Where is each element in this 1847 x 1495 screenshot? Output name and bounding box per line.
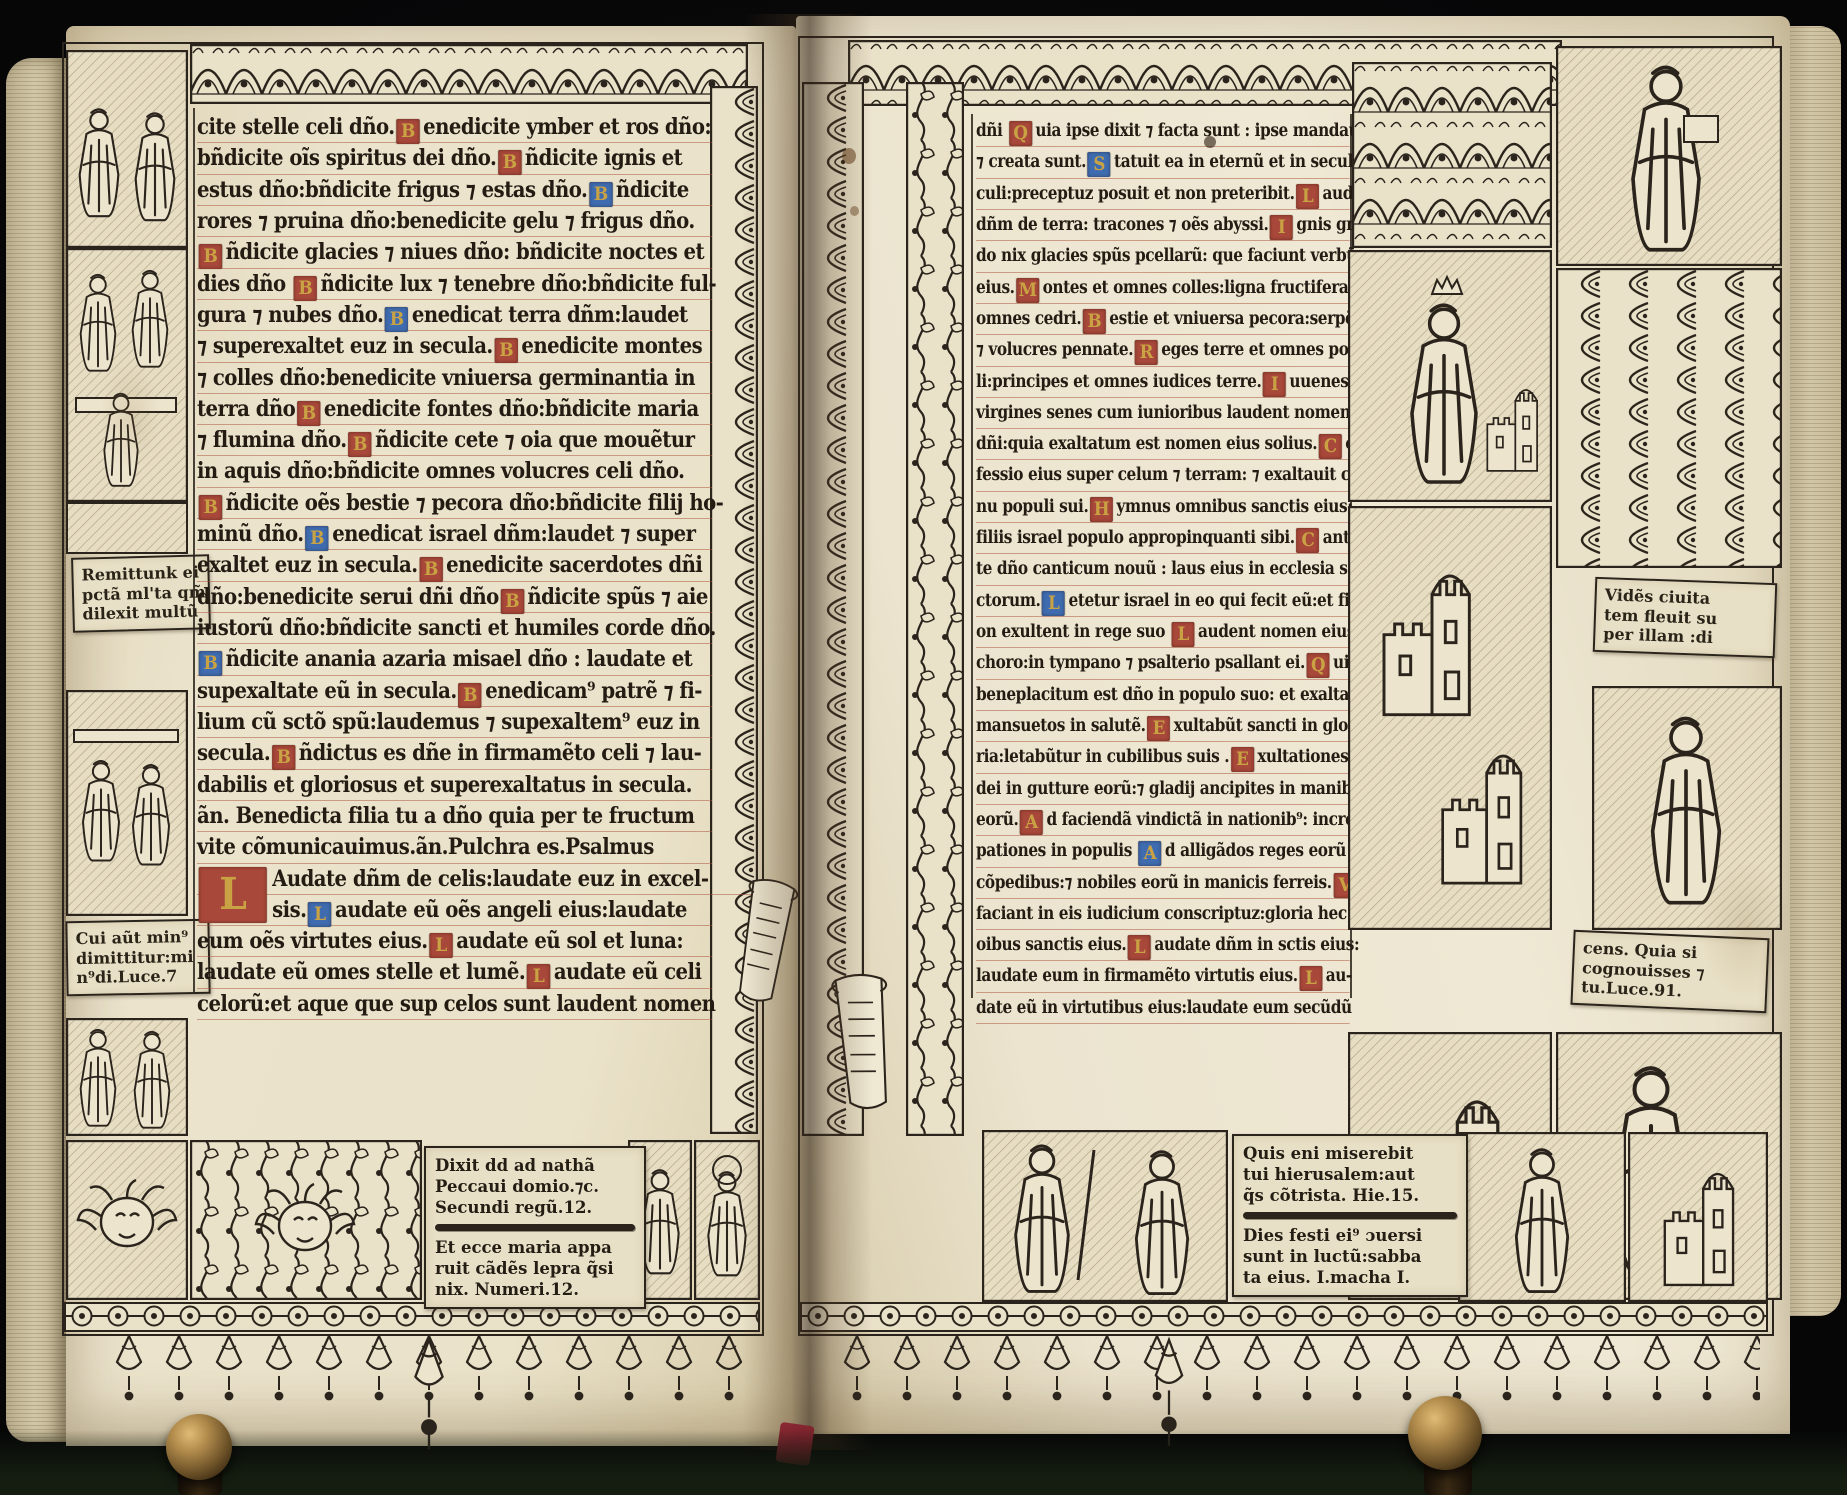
text-line: nu populi sui.Hymnus omnibus sanctis eiu… [976,492,1350,523]
text-line: estus dño:bñdicite frigus ⁊ estas dño.Bñ… [197,175,712,206]
cartouche-machabees: Dies festi ei⁹ ɔuersisunt in luctũ:sabba… [1243,1225,1457,1288]
text-line: virgines senes cum iunioribus laudent no… [976,398,1350,429]
text-line: cite stelle celi dño.Benedicite ymber et… [197,112,712,143]
text-line: omnes cedri.Bestie et vniuersa pecora:se… [976,304,1350,335]
text-line: ⁊ colles dño:benedicite vniuersa germina… [197,363,712,394]
text-line: Dies festi ei⁹ ɔuersi [1243,1225,1457,1246]
text-line: Cui aũt min⁹ [75,927,199,949]
cartouche-divider [1243,1212,1457,1219]
right-border-foliate-panel-icon [1352,62,1552,248]
illuminated-initial: B [272,745,295,770]
right-border-panel-lady-icon [1592,686,1782,930]
photograph-of-open-book: Remittunk eipctã ml'ta qm̃dilexit multũ … [0,0,1847,1495]
left-rosette-band-icon [64,1302,760,1332]
right-fringe-pendants-icon [832,1334,1760,1406]
text-line: dñm de terra: tracones ⁊ oẽs abyssi.Igni… [976,210,1350,241]
illuminated-initial: C [1296,528,1319,553]
left-margin-note-1: Remittunk eipctã ml'ta qm̃dilexit multũ [71,554,211,632]
text-line: dabilis et gloriosus et superexaltatus i… [197,770,712,801]
illuminated-initial: B [419,557,442,582]
illuminated-initial: B [199,244,222,269]
margin-note-text: Remittunk eipctã ml'ta qm̃dilexit multũ [81,562,200,624]
text-line: in aquis dño:bñdicite omnes volucres cel… [197,456,712,487]
illuminated-initial: B [495,338,518,363]
cartouche-divider [435,1224,635,1231]
illuminated-initial: B [458,683,481,708]
margin-note-text: Vidẽs ciuitatem fleuit super illam :di [1603,585,1767,649]
text-line: vite cõmunicauimus.ãn.Pulchra es.Psalmus [197,832,712,863]
stand-foot-ball-left [166,1414,232,1480]
illuminated-initial: B [498,150,521,175]
text-line: Bñdicite anania azaria misael dño : laud… [197,644,712,675]
text-line: Secundi regũ.12. [435,1197,635,1218]
text-line: dilexit multũ [82,601,200,624]
text-line: Et ecce maria appa [435,1237,635,1258]
text-line: on exultent in rege suo Laudent nomen ei… [976,617,1350,648]
text-line: dñi:quia exaltatum est nomen eius solius… [976,429,1350,460]
text-line: faciant in eis iudicium conscriptuz:glor… [976,899,1350,930]
right-text-column: dñi Quia ipse dixit ⁊ facta sunt : ipse … [976,116,1350,998]
text-line: ria:letabũtur in cubilibus suis .Exultat… [976,742,1350,773]
illuminated-initial: B [589,182,612,207]
text-line: fessio eius super celum ⁊ terram: ⁊ exal… [976,460,1350,491]
text-line: terra dñoBenedicite fontes dño:bñdicite … [197,394,712,425]
text-line: ⁊ volucres pennate.Reges terre et omnes … [976,335,1350,366]
left-border-panel-apostles-icon [66,50,188,248]
illuminated-initial: R [1135,340,1158,365]
text-line: dimittitur:mi [76,946,200,968]
illuminated-initial: B [199,495,222,520]
text-line: laudate eum in firmamẽto virtutis eius.L… [976,961,1350,992]
right-cartouche-stack: Quis eni miserebittui hierusalem:autq̃s … [1232,1134,1468,1297]
text-line: LAudate dñm de celis:laudate euz in exce… [197,864,787,895]
illuminated-initial: L [527,964,550,989]
illuminated-initial: L [1042,591,1065,616]
right-rosette-band-icon [800,1302,1768,1332]
text-line: mansuetos in salutẽ.Exultabũt sancti in … [976,711,1350,742]
text-line: n⁹di.Luce.7 [76,966,200,988]
left-border-panel-feast-icon [66,690,188,916]
illuminated-initial: B [1083,309,1106,334]
text-line: Peccaui domio.⁊c. [435,1176,635,1197]
illuminated-initial: A [1020,810,1043,835]
text-line: Remittunk ei [81,562,199,585]
left-text-rule [193,108,195,992]
text-line: rores ⁊ pruina dño:benedicite gelu ⁊ fri… [197,206,712,237]
illuminated-initial: S [1088,152,1111,177]
text-line: cõpedibus:⁊ nobiles eorũ in manicis ferr… [976,868,1350,899]
right-border-ornament-panel-icon [1556,268,1782,568]
margin-note-text: cens. Quia sicognouisses ⁊tu.Luce.91. [1581,938,1759,1004]
right-margin-note-1: Vidẽs ciuitatem fleuit super illam :di [1593,577,1777,658]
right-bottom-panel-woman-icon [982,1130,1228,1302]
left-bottom-panel-foliage-icon [190,1140,422,1300]
text-line: ruit cãdẽs lepra q̃si [435,1258,635,1279]
text-line: Dixit dd ad nathã [435,1155,635,1176]
illuminated-initial: L [1172,622,1195,647]
text-line: lium cũ sctõ spũ:laudemus ⁊ supexaltem⁹ … [197,707,712,738]
left-margin-note-2: Cui aũt min⁹dimittitur:min⁹di.Luce.7 [65,919,210,996]
illuminated-initial: E [1231,747,1254,772]
illuminated-initial: L [1299,966,1322,991]
text-line: tui hierusalem:aut [1243,1164,1457,1185]
left-text-column: cite stelle celi dño.Benedicite ymber et… [197,112,712,994]
left-page-block-edge [6,58,68,1442]
illuminated-initial: L [1128,935,1151,960]
cartouche-hieremie: Quis eni miserebittui hierusalem:autq̃s … [1243,1143,1457,1206]
left-border-panel-two-men-icon [66,1018,188,1136]
text-line: secula.Bñdictus es dñe in firmamẽto celi… [197,738,712,769]
text-line: laudate eũ omes stelle et lumẽ.Laudate e… [197,957,712,988]
text-line: ãn. Benedicta filia tu a dño quia per te… [197,801,712,832]
text-line: beneplacitum est dño in populo suo: et e… [976,680,1350,711]
illuminated-initial: L [429,933,452,958]
text-line: ⁊ creata sunt.Statuit ea in eternũ et in… [976,147,1350,178]
text-line: ta eius. I.macha I. [1243,1267,1457,1288]
illuminated-initial: B [501,589,524,614]
illuminated-initial: C [1319,434,1342,459]
right-margin-note-2: cens. Quia sicognouisses ⁊tu.Luce.91. [1570,930,1769,1013]
text-line: iustorũ dño:bñdicite sancti et humiles c… [197,613,712,644]
illuminated-initial: I [1270,215,1293,240]
illuminated-initial: H [1090,497,1113,522]
illuminated-initial: E [1147,716,1170,741]
text-line: dei in gutture eorũ:⁊ gladij ancipites i… [976,774,1350,805]
cartouche-numeri: Et ecce maria apparuit cãdẽs lepra q̃sin… [435,1237,635,1300]
text-line: bñdicite oĩs spiritus dei dño.Bñdicite i… [197,143,712,174]
left-border-grotesque-mask-icon [66,1140,188,1300]
illuminated-initial: Q [1307,653,1330,678]
illuminated-initial: B [305,526,328,551]
text-line: oibus sanctis eius.Laudate dñm in sctis … [976,930,1350,961]
text-line: eius.Montes et omnes colles:ligna fructi… [976,273,1350,304]
text-line: te dño canticum nouũ : laus eius in eccl… [976,554,1350,585]
text-line: ctorum.Letetur israel in eo qui fecit eũ… [976,586,1350,617]
text-line: eum oẽs virtutes eius.Laudate eũ sol et … [197,926,712,957]
left-cartouche-stack: Dixit dd ad nathãPeccaui domio.⁊c.Secund… [424,1146,646,1309]
text-line: dñi Quia ipse dixit ⁊ facta sunt : ipse … [976,116,1350,147]
illuminated-initial: B [396,119,419,144]
text-line: li:principes et omnes iudices terre.Iuue… [976,367,1350,398]
text-line: sis.Laudate eũ oẽs angeli eius:laudate [197,895,712,926]
text-line: ⁊ superexaltet euz in secula.Benedicite … [197,331,712,362]
stand-foot-ball-right [1408,1396,1482,1470]
illuminated-initial: L [1296,184,1319,209]
left-border-panel-scene-icon [66,248,188,502]
text-line: ⁊ flumina dño.Bñdicite cete ⁊ oia que mo… [197,425,712,456]
text-line: do nix glacies spũs pcellarũ: que faciun… [976,241,1350,272]
text-line: supexaltate eũ in secula.Benedicam⁹ patr… [197,676,712,707]
illuminated-initial: B [385,307,408,332]
text-line: pationes in populis Ad alligãdos reges e… [976,836,1350,867]
illuminated-initial: B [348,432,371,457]
cartouche-samuel: Dixit dd ad nathãPeccaui domio.⁊c.Secund… [435,1155,635,1218]
illuminated-initial: Q [1009,121,1032,146]
right-text-rule-left [971,114,973,998]
text-line: exaltet euz in secula.Benedicite sacerdo… [197,550,712,581]
left-top-border-woodcut-icon [190,44,748,104]
text-line: culi:preceptuz posuit et non preteribit.… [976,179,1350,210]
text-line: filiis israel populo appropinquanti sibi… [976,523,1350,554]
right-page-block-edge-texture [1786,26,1841,1316]
text-line: sunt in luctũ:sabba [1243,1246,1457,1267]
text-line: Bñdicite glacies ⁊ niues dño: bñdicite n… [197,237,712,268]
cloth-base [0,1430,1847,1495]
text-line: choro:in tympano ⁊ psalterio psallant ei… [976,648,1350,679]
text-line: minũ dño.Benedicat israel dñm:laudet ⁊ s… [197,519,712,550]
illuminated-initial: M [1016,278,1039,303]
left-bottom-panel-angel-icon [694,1140,760,1300]
right-bottom-panel-man-icon [1458,1132,1626,1302]
margin-note-text: Cui aũt min⁹dimittitur:min⁹di.Luce.7 [75,927,200,988]
illuminated-initial: B [199,651,222,676]
text-line: dño:benedicite serui dñi dñoBñdicite spũ… [197,582,712,613]
text-line: date eũ in virtutibus eius:laudate eum s… [976,993,1350,1024]
text-line: dies dño Bñdicite lux ⁊ tenebre dño:bñdi… [197,269,712,300]
illuminated-initial: I [1263,372,1286,397]
text-line: nix. Numeri.12. [435,1279,635,1300]
text-line: Quis eni miserebit [1243,1143,1457,1164]
right-border-panel-city-icon [1348,506,1552,930]
text-line: eorũ.Ad faciendã vindictã in nationib⁹: … [976,805,1350,836]
illuminated-initial: A [1139,841,1162,866]
text-line: gura ⁊ nubes dño.Benedicat terra dñm:lau… [197,300,712,331]
text-line: q̃s cõtrista. Hie.15. [1243,1185,1457,1206]
illuminated-initial: L [308,902,331,927]
right-candelabra-column-icon [906,82,964,1136]
right-border-panel-king-icon [1348,250,1552,502]
left-border-brickwork-icon [66,502,188,554]
text-line: Bñdicite oẽs bestie ⁊ pecora dño:bñdicit… [197,488,712,519]
right-bottom-panel-shrine-icon [1628,1132,1768,1302]
illuminated-initial: B [294,276,317,301]
right-banderole-scroll-icon [822,967,906,1119]
text-line: celorũ:et aque que sup celos sunt lauden… [197,989,712,1020]
illuminated-initial: B [297,401,320,426]
right-border-panel-saint-icon [1556,46,1782,266]
